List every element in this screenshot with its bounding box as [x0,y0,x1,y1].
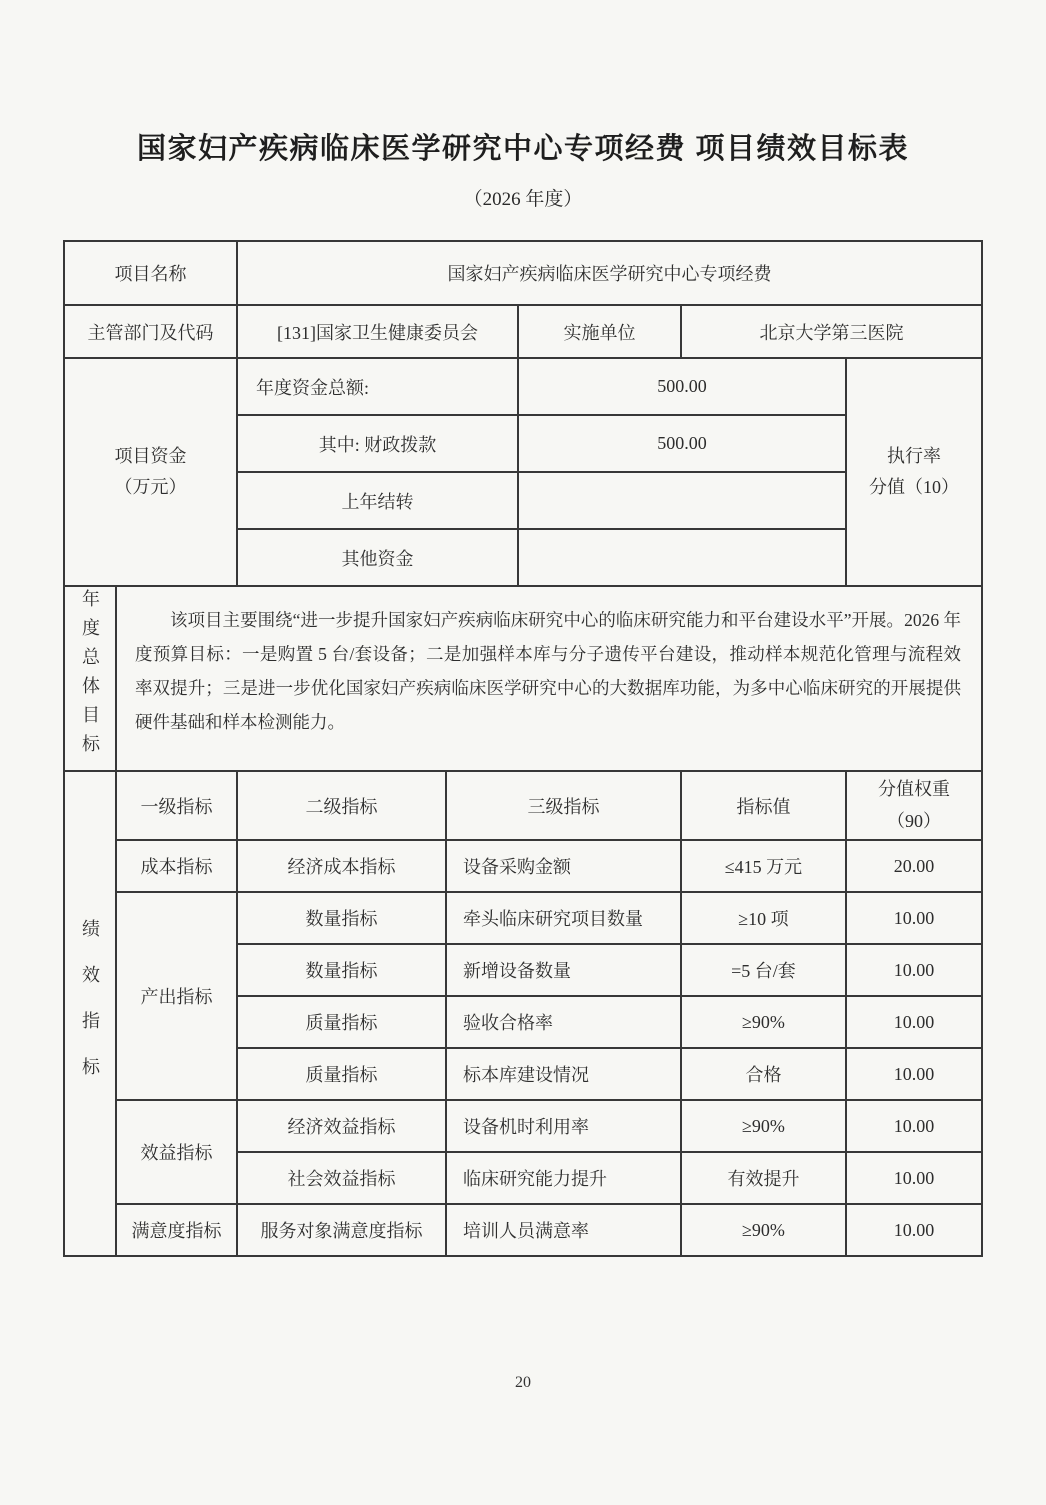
indicator-l1: 成本指标 [116,840,237,892]
funding-row-label: 年度资金总额: [237,358,518,415]
indicator-l1: 满意度指标 [116,1204,237,1256]
annual-goal-label-text: 年度总体目标 [77,589,103,763]
indicator-l3: 培训人员满意率 [446,1204,681,1256]
indicator-l3: 新增设备数量 [446,944,681,996]
dept-code-value: [131]国家卫生健康委员会 [237,305,518,358]
exec-rate-line2: 分值（10） [851,472,977,504]
annual-goal-text: 该项目主要围绕“进一步提升国家妇产疾病临床研究中心的临床研究能力和平台建设水平”… [116,586,982,771]
indicator-value: ≥90% [681,1204,846,1256]
col-header-weight: 分值权重 （90） [846,771,982,840]
annual-goal-label: 年度总体目标 [64,586,116,771]
project-name-label: 项目名称 [64,241,237,305]
indicators-section-label: 绩效指标 [64,771,116,1256]
indicator-l3: 设备机时利用率 [446,1100,681,1152]
col-header-l2: 二级指标 [237,771,446,840]
funding-row-label: 其他资金 [237,529,518,586]
indicator-weight: 20.00 [846,840,982,892]
indicator-l3: 牵头临床研究项目数量 [446,892,681,944]
indicator-value: ≥90% [681,996,846,1048]
indicator-weight: 10.00 [846,1204,982,1256]
col-header-value: 指标值 [681,771,846,840]
indicator-value: 合格 [681,1048,846,1100]
indicator-l3: 设备采购金额 [446,840,681,892]
page-title: 国家妇产疾病临床医学研究中心专项经费 项目绩效目标表 [0,0,1046,167]
indicator-weight: 10.00 [846,1048,982,1100]
table-row: 项目资金 （万元） 年度资金总额: 500.00 执行率 分值（10） [64,358,982,415]
indicators-section-label-text: 绩效指标 [77,919,103,1103]
funding-row-value: 500.00 [518,415,846,472]
table-row: 项目名称 国家妇产疾病临床医学研究中心专项经费 [64,241,982,305]
indicator-l3: 临床研究能力提升 [446,1152,681,1204]
indicator-row: 成本指标 经济成本指标 设备采购金额 ≤415 万元 20.00 [64,840,982,892]
indicator-row: 产出指标 数量指标 牵头临床研究项目数量 ≥10 项 10.00 [64,892,982,944]
indicator-l2: 经济成本指标 [237,840,446,892]
indicator-l2: 质量指标 [237,996,446,1048]
indicator-row: 满意度指标 服务对象满意度指标 培训人员满意率 ≥90% 10.00 [64,1204,982,1256]
performance-target-table: 项目名称 国家妇产疾病临床医学研究中心专项经费 主管部门及代码 [131]国家卫… [63,240,983,1257]
indicator-value: 有效提升 [681,1152,846,1204]
exec-rate-score-cell: 执行率 分值（10） [846,358,982,586]
exec-rate-line1: 执行率 [851,441,977,473]
funding-label-line2: （万元） [69,472,232,504]
table-row: 主管部门及代码 [131]国家卫生健康委员会 实施单位 北京大学第三医院 [64,305,982,358]
indicator-value: ≥10 项 [681,892,846,944]
impl-unit-value: 北京大学第三医院 [681,305,982,358]
indicator-value: ≥90% [681,1100,846,1152]
indicator-value: =5 台/套 [681,944,846,996]
funding-row-label: 上年结转 [237,472,518,529]
indicator-l2: 数量指标 [237,944,446,996]
indicator-weight: 10.00 [846,996,982,1048]
indicator-weight: 10.00 [846,944,982,996]
funding-label-line1: 项目资金 [69,441,232,473]
funding-row-value [518,472,846,529]
funding-row-value: 500.00 [518,358,846,415]
page-subtitle: （2026 年度） [0,184,1046,211]
indicator-l2: 数量指标 [237,892,446,944]
indicator-l2: 社会效益指标 [237,1152,446,1204]
indicator-l2: 质量指标 [237,1048,446,1100]
indicator-l2: 经济效益指标 [237,1100,446,1152]
indicator-weight: 10.00 [846,1152,982,1204]
funding-row-value [518,529,846,586]
col-header-weight-line2: （90） [851,806,977,838]
indicator-value: ≤415 万元 [681,840,846,892]
indicator-l3: 验收合格率 [446,996,681,1048]
indicator-l3: 标本库建设情况 [446,1048,681,1100]
indicator-row: 效益指标 经济效益指标 设备机时利用率 ≥90% 10.00 [64,1100,982,1152]
indicator-l1: 效益指标 [116,1100,237,1204]
indicator-weight: 10.00 [846,892,982,944]
funding-section-label: 项目资金 （万元） [64,358,237,586]
indicator-l1: 产出指标 [116,892,237,1100]
indicator-l2: 服务对象满意度指标 [237,1204,446,1256]
col-header-l1: 一级指标 [116,771,237,840]
table-row: 绩效指标 一级指标 二级指标 三级指标 指标值 分值权重 （90） [64,771,982,840]
indicator-weight: 10.00 [846,1100,982,1152]
funding-row-label: 其中: 财政拨款 [237,415,518,472]
project-name-value: 国家妇产疾病临床医学研究中心专项经费 [237,241,982,305]
col-header-weight-line1: 分值权重 [851,774,977,806]
col-header-l3: 三级指标 [446,771,681,840]
document-page: 国家妇产疾病临床医学研究中心专项经费 项目绩效目标表 （2026 年度） 项目名… [0,0,1046,1505]
table-row: 年度总体目标 该项目主要围绕“进一步提升国家妇产疾病临床研究中心的临床研究能力和… [64,586,982,771]
dept-label: 主管部门及代码 [64,305,237,358]
page-number: 20 [0,1374,1046,1392]
impl-unit-label: 实施单位 [518,305,681,358]
